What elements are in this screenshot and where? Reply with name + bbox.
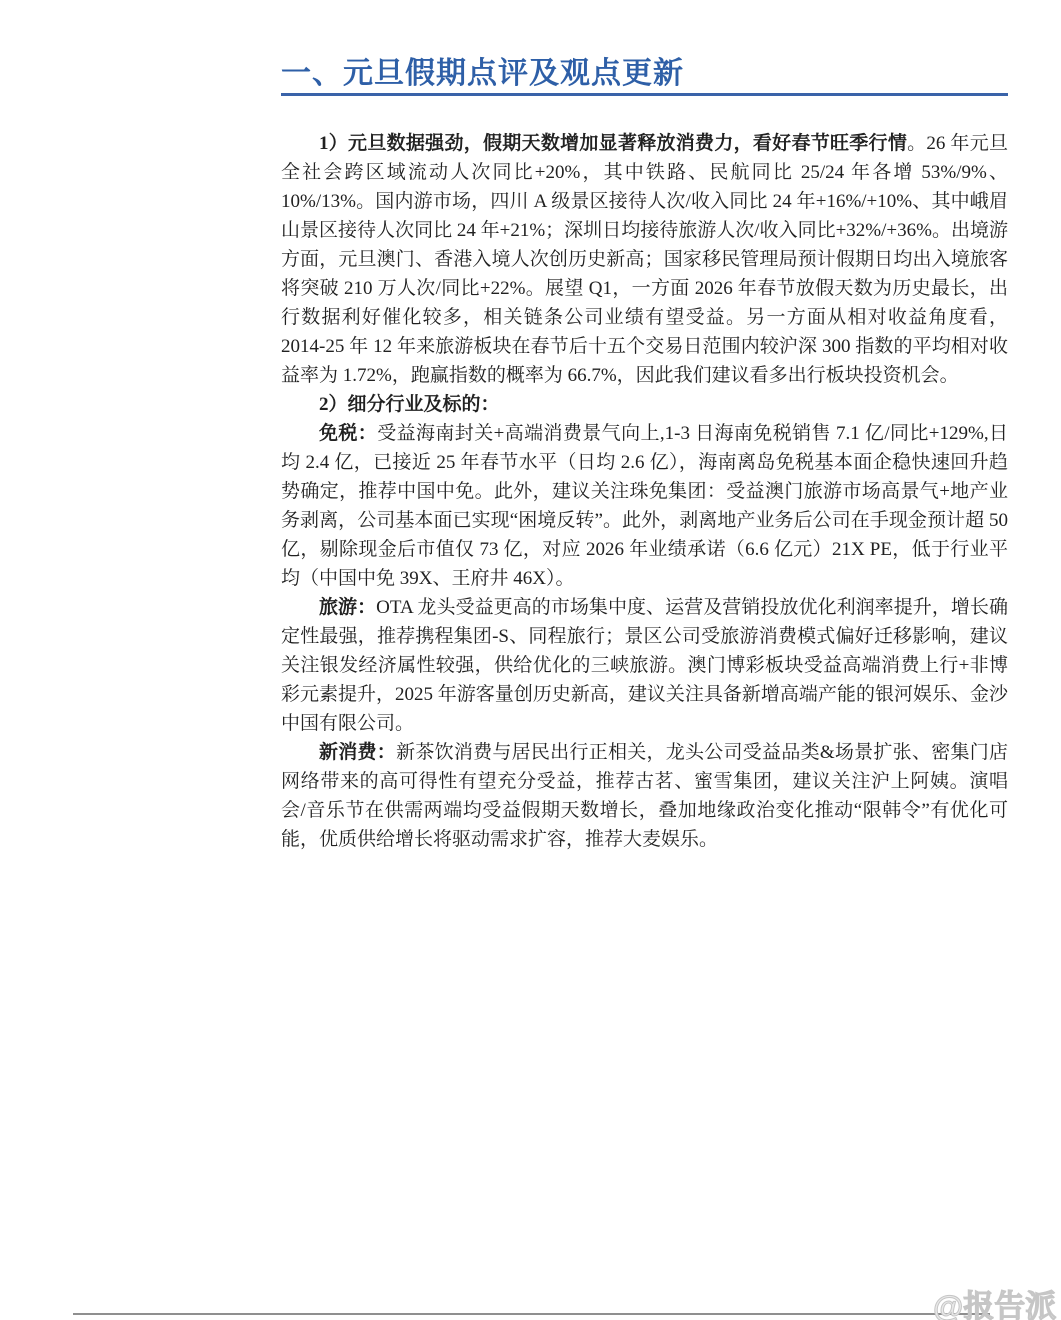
- paragraph-lead: 免税：: [319, 423, 377, 444]
- footer-divider: [73, 1313, 990, 1315]
- paragraph-subsector-header: 2）细分行业及标的：: [281, 390, 1008, 419]
- watermark: @报告派: [933, 1281, 1056, 1320]
- paragraph-lead: 2）细分行业及标的：: [319, 394, 500, 415]
- report-page: 一、元旦假期点评及观点更新 1）元旦数据强劲，假期天数增加显著释放消费力，看好春…: [0, 0, 1061, 1320]
- paragraph-holiday-review: 1）元旦数据强劲，假期天数增加显著释放消费力，看好春节旺季行情。26 年元旦全社…: [281, 129, 1008, 390]
- paragraph-body: 受益海南封关+高端消费景气向上,1-3 日海南免税销售 7.1 亿/同比+129…: [281, 423, 1008, 589]
- heading-underline: [281, 93, 1008, 96]
- paragraph-tourism: 旅游：OTA 龙头受益更高的市场集中度、运营及营销投放优化利润率提升，增长确定性…: [281, 593, 1008, 738]
- paragraph-lead: 1）元旦数据强劲，假期天数增加显著释放消费力，看好春节旺季行情: [319, 133, 907, 154]
- section-heading: 一、元旦假期点评及观点更新: [281, 56, 1008, 92]
- paragraph-duty-free: 免税：受益海南封关+高端消费景气向上,1-3 日海南免税销售 7.1 亿/同比+…: [281, 419, 1008, 593]
- report-content: 一、元旦假期点评及观点更新 1）元旦数据强劲，假期天数增加显著释放消费力，看好春…: [281, 56, 1008, 854]
- paragraph-lead: 新消费：: [319, 742, 396, 763]
- report-body: 1）元旦数据强劲，假期天数增加显著释放消费力，看好春节旺季行情。26 年元旦全社…: [281, 129, 1008, 854]
- paragraph-lead: 旅游：: [319, 597, 376, 618]
- paragraph-body: 。26 年元旦全社会跨区域流动人次同比+20%，其中铁路、民航同比 25/24 …: [281, 133, 1008, 386]
- paragraph-new-consumption: 新消费：新茶饮消费与居民出行正相关，龙头公司受益品类&场景扩张、密集门店网络带来…: [281, 738, 1008, 854]
- paragraph-body: OTA 龙头受益更高的市场集中度、运营及营销投放优化利润率提升，增长确定性最强，…: [281, 597, 1008, 734]
